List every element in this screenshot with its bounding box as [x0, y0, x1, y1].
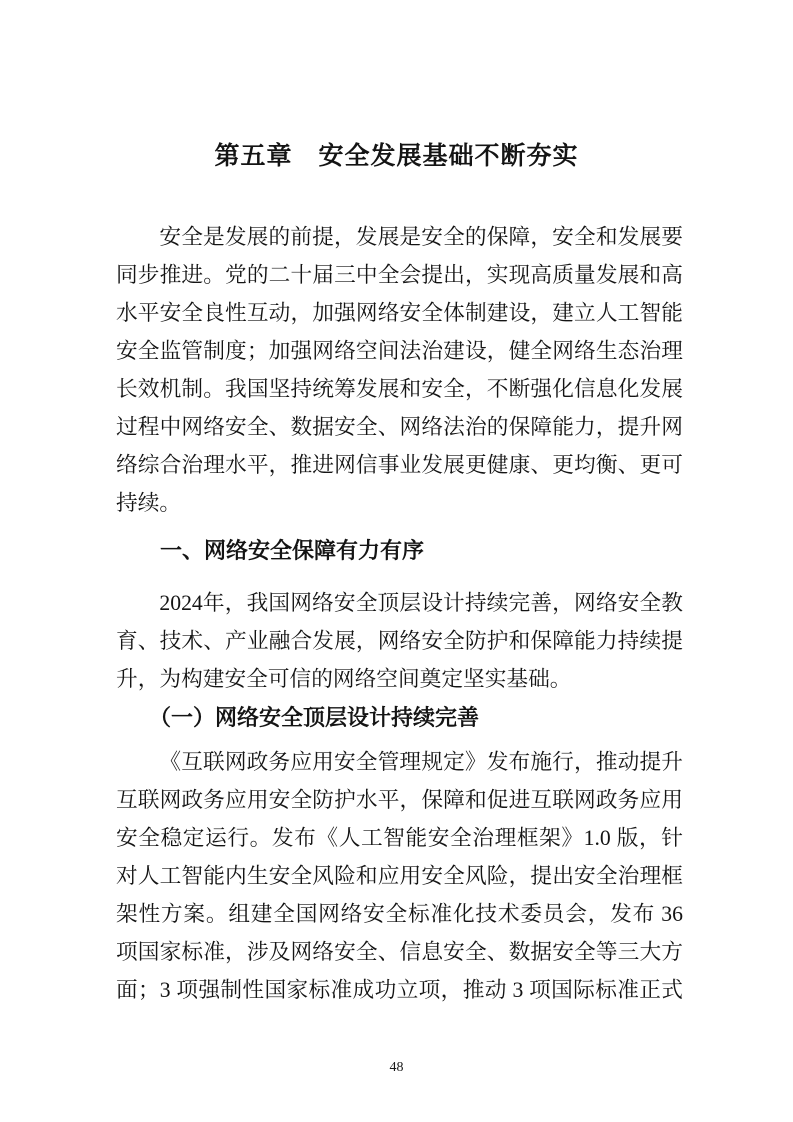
- text-line: 《互联网政务应用安全管理规定》发布施行，推动提升: [116, 743, 683, 781]
- text-line: 长效机制。我国坚持统筹发展和安全，不断强化信息化发展: [116, 370, 683, 408]
- section-heading: 一、网络安全保障有力有序: [116, 532, 683, 570]
- document-page: 第五章 安全发展基础不断夯实 安全是发展的前提，发展是安全的保障，安全和发展要 …: [0, 0, 793, 1122]
- text-line: 水平安全良性互动，加强网络安全体制建设，建立人工智能: [116, 294, 683, 332]
- text-line: 对人工智能内生安全风险和应用安全风险，提出安全治理框: [116, 857, 683, 895]
- text-line: 安全监管制度；加强网络空间法治建设，健全网络生态治理: [116, 332, 683, 370]
- intro-paragraph: 安全是发展的前提，发展是安全的保障，安全和发展要 同步推进。党的二十届三中全会提…: [116, 218, 683, 522]
- chapter-title: 第五章 安全发展基础不断夯实: [0, 138, 793, 174]
- text-line: 安全稳定运行。发布《人工智能安全治理框架》1.0 版，针: [116, 819, 683, 857]
- subsection-paragraph: 《互联网政务应用安全管理规定》发布施行，推动提升 互联网政务应用安全防护水平，保…: [116, 743, 683, 1009]
- subsection-heading: （一）网络安全顶层设计持续完善: [116, 699, 683, 737]
- text-line: 持续。: [116, 484, 683, 522]
- text-line: 络综合治理水平，推进网信事业发展更健康、更均衡、更可: [116, 446, 683, 484]
- text-line: 架性方案。组建全国网络安全标准化技术委员会，发布 36: [116, 895, 683, 933]
- text-line: 互联网政务应用安全防护水平，保障和促进互联网政务应用: [116, 781, 683, 819]
- text-line: 2024年，我国网络安全顶层设计持续完善，网络安全教: [116, 584, 683, 622]
- section-paragraph: 2024年，我国网络安全顶层设计持续完善，网络安全教 育、技术、产业融合发展，网…: [116, 584, 683, 698]
- text-line: 面；3 项强制性国家标准成功立项，推动 3 项国际标准正式: [116, 971, 683, 1009]
- text-line: 安全是发展的前提，发展是安全的保障，安全和发展要: [116, 218, 683, 256]
- text-line: 同步推进。党的二十届三中全会提出，实现高质量发展和高: [116, 256, 683, 294]
- text-line: 项国家标准，涉及网络安全、信息安全、数据安全等三大方: [116, 933, 683, 971]
- text-line: 升，为构建安全可信的网络空间奠定坚实基础。: [116, 660, 683, 698]
- text-line: 过程中网络安全、数据安全、网络法治的保障能力，提升网: [116, 408, 683, 446]
- page-number: 48: [0, 1058, 793, 1078]
- text-line: 育、技术、产业融合发展，网络安全防护和保障能力持续提: [116, 622, 683, 660]
